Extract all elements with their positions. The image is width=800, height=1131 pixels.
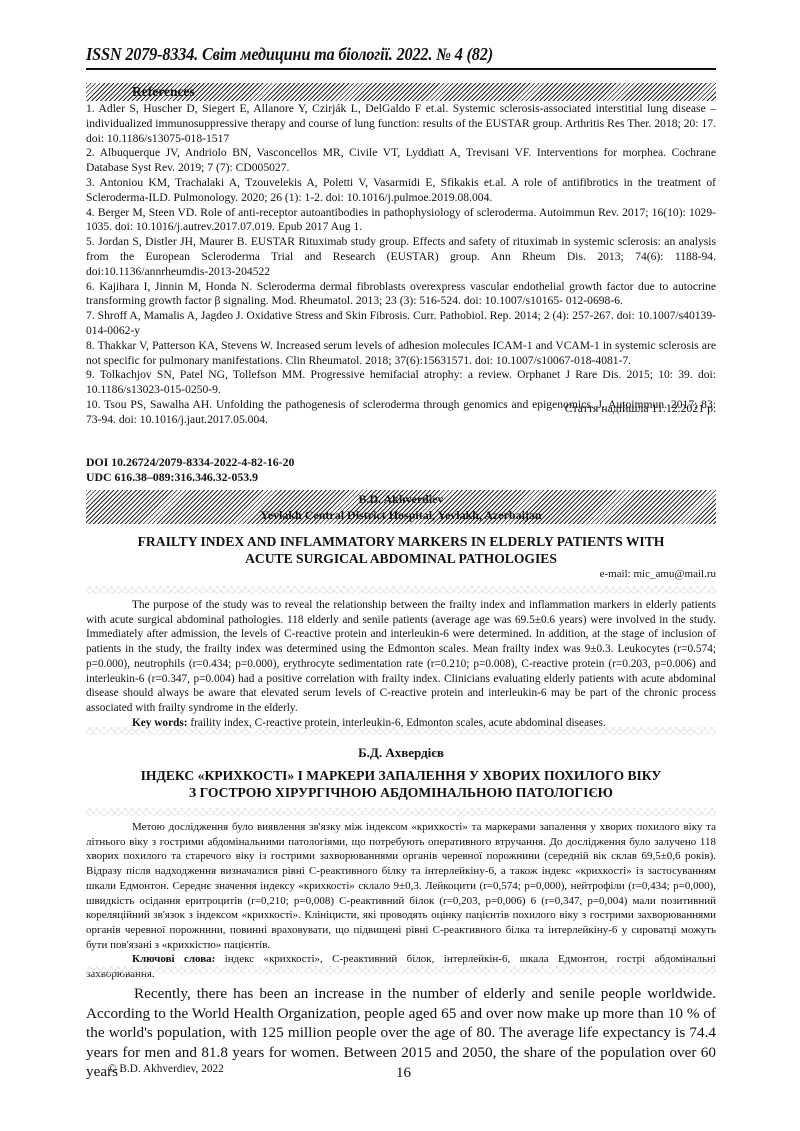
article-title-en: FRAILTY INDEX AND INFLAMMATORY MARKERS I… [86,533,716,567]
author-band: B.D. Akhverdiev Yevlakh Central District… [86,490,716,524]
received-date: Стаття надійшла 11.12.2021 р. [565,401,716,416]
wavy-divider [86,727,716,735]
reference-item: 3. Antoniou KM, Trachalaki A, Tzouveleki… [86,176,716,206]
title-en-line-1: FRAILTY INDEX AND INFLAMMATORY MARKERS I… [86,533,716,550]
reference-item: 9. Tolkachjov SN, Patel NG, Tollefson MM… [86,368,716,398]
reference-item: 2. Albuquerque JV, Andriolo BN, Vasconce… [86,146,716,176]
udc: UDC 616.38–089:316.346.32-053.9 [86,470,258,485]
title-ua-line-2: З ГОСТРОЮ ХІРУРГІЧНОЮ АБДОМІНАЛЬНОЮ ПАТО… [86,784,716,801]
reference-item: 8. Thakkar V, Patterson KA, Stevens W. I… [86,339,716,369]
author-email: e-mail: mic_amu@mail.ru [600,568,716,580]
reference-item: 5. Jordan S, Distler JH, Maurer B. EUSTA… [86,235,716,279]
wavy-divider [86,808,716,816]
abstract-ua-text: Метою дослідження було виявлення зв'язку… [86,820,716,952]
abstract-ua: Метою дослідження було виявлення зв'язку… [86,820,716,982]
abstract-en: The purpose of the study was to reveal t… [86,598,716,730]
author-name-ua: Б.Д. Ахвердієв [86,745,716,761]
affiliation-en: Yevlakh Central District Hospital, Yevla… [86,507,716,523]
wavy-divider [86,966,716,974]
page-number: 16 [396,1065,411,1082]
article-title-ua: ІНДЕКС «КРИХКОСТІ» І МАРКЕРИ ЗАПАЛЕННЯ У… [86,767,716,801]
references-list: 1. Adler S, Huscher D, Siegert E, Allano… [86,102,716,428]
journal-header: ISSN 2079-8334. Світ медицини та біологі… [86,44,672,65]
wavy-divider [86,586,716,594]
doi: DOI 10.26724/2079-8334-2022-4-82-16-20 [86,455,294,470]
reference-item: 6. Kajihara I, Jinnin M, Honda N. Sclero… [86,280,716,310]
author-name-en: B.D. Akhverdiev [86,491,716,507]
references-heading: References [132,83,195,101]
abstract-en-text: The purpose of the study was to reveal t… [86,598,716,716]
title-en-line-2: ACUTE SURGICAL ABDOMINAL PATHOLOGIES [86,550,716,567]
keywords-ua-label: Ключові слова: [132,953,215,965]
header-rule [86,68,716,70]
reference-item: 4. Berger M, Steen VD. Role of anti-rece… [86,206,716,236]
reference-item: 7. Shroff A, Mamalis A, Jagdeo J. Oxidat… [86,309,716,339]
references-heading-band: References [86,83,716,101]
copyright-notice: © B.D. Akhverdiev, 2022 [108,1063,224,1075]
title-ua-line-1: ІНДЕКС «КРИХКОСТІ» І МАРКЕРИ ЗАПАЛЕННЯ У… [86,767,716,784]
reference-item: 1. Adler S, Huscher D, Siegert E, Allano… [86,102,716,146]
